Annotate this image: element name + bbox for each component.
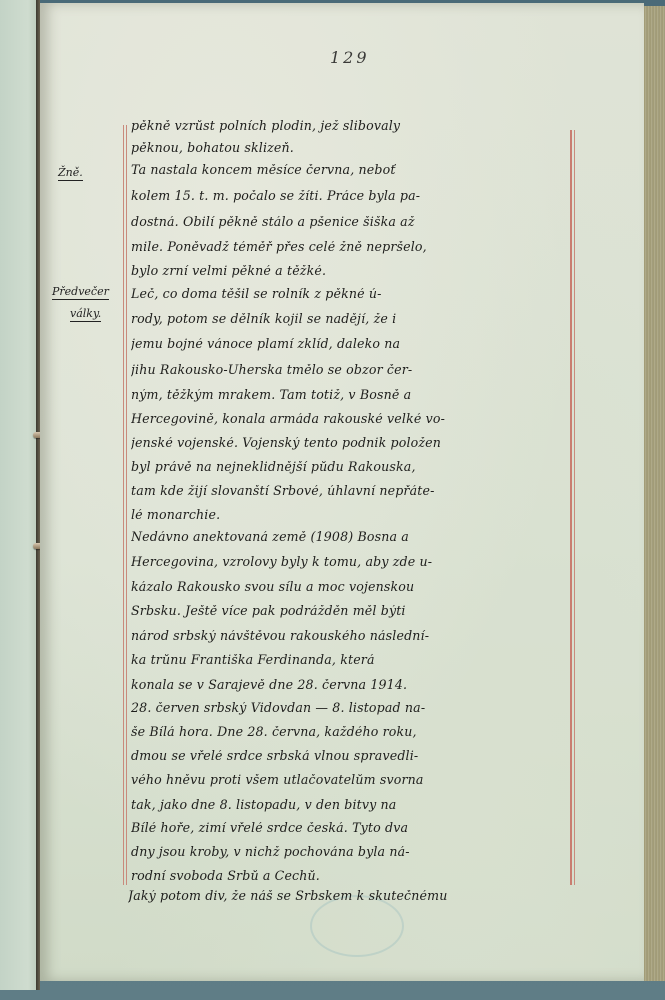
text-line: kázalo Rakousko svou sílu a moc vojensko… [131, 581, 571, 594]
text-line: Bílé hoře, zimí vřelé srdce česká. Tyto … [131, 822, 571, 835]
left-margin-rule [123, 125, 124, 885]
margin-note-eve: Předvečer [52, 285, 109, 300]
text-line: še Bílá hora. Dne 28. června, každého ro… [131, 726, 571, 739]
margin-note-war: války. [70, 307, 101, 322]
text-line: národ srbský návštěvou rakouského násled… [131, 630, 571, 643]
text-line: jenské vojenské. Vojenský tento podnik p… [131, 437, 571, 450]
page-edges-stack [644, 6, 665, 981]
margin-note-harvest: Žně. [58, 166, 83, 181]
text-line: jihu Rakousko-Uherska tmělo se obzor čer… [131, 364, 571, 377]
text-line: vého hněvu proti všem utlačovatelům svor… [131, 774, 571, 787]
text-line: Jaký potom div, že náš se Srbskem k skut… [128, 890, 598, 903]
text-line: bylo zrní velmi pěkné a těžké. [131, 265, 571, 278]
text-line: lé monarchie. [131, 509, 571, 522]
text-line: pěkně vzrůst polních plodin, jež slibova… [131, 120, 571, 133]
text-line: Nedávno anektovaná země (1908) Bosna a [131, 531, 571, 544]
text-line: Hercegovina, vzrolovy byly k tomu, aby z… [131, 556, 571, 569]
right-margin-rule [574, 130, 575, 885]
text-line: Leč, co doma těšil se rolník z pěkné ú- [131, 288, 571, 301]
text-line: rody, potom se dělník kojil se nadějí, ž… [131, 313, 571, 326]
text-line: tak, jako dne 8. listopadu, v den bitvy … [131, 799, 571, 812]
faded-stamp [310, 895, 404, 957]
text-line: mile. Poněvadž téměř přes celé žně neprš… [131, 241, 571, 254]
text-line: Srbsku. Ještě více pak podrážděn měl být… [131, 605, 571, 618]
text-line: rodní svoboda Srbů a Čechů. [131, 870, 571, 883]
text-line: Ta nastala koncem měsíce června, neboť [131, 164, 571, 177]
page-number: 129 [330, 48, 370, 67]
text-line: byl právě na nejneklidnější půdu Rakousk… [131, 461, 571, 474]
text-line: tam kde žijí slovanští Srbové, úhlavní n… [131, 485, 571, 498]
text-line: dostná. Obilí pěkně stálo a pšenice šišk… [131, 216, 571, 229]
text-line: dmou se vřelé srdce srbská vlnou spraved… [131, 750, 571, 763]
text-line: 28. červen srbský Vidovdan — 8. listopad… [131, 702, 571, 715]
text-line: Hercegovině, konala armáda rakouské velk… [131, 413, 571, 426]
left-margin-rule [126, 125, 127, 885]
text-line: pěknou, bohatou sklizeň. [131, 142, 571, 155]
text-line: ným, těžkým mrakem. Tam totiž, v Bosně a [131, 389, 571, 402]
left-page-edge [0, 0, 40, 990]
text-line: ka trůnu Františka Ferdinanda, která [131, 654, 571, 667]
text-line: dny jsou kroby, v nichž pochována byla n… [131, 846, 571, 859]
text-line: konala se v Sarajevě dne 28. června 1914… [131, 679, 571, 692]
text-line: kolem 15. t. m. počalo se žíti. Práce by… [131, 190, 571, 203]
text-line: jemu bojné vánoce plamí zklíd, daleko na [131, 338, 571, 351]
